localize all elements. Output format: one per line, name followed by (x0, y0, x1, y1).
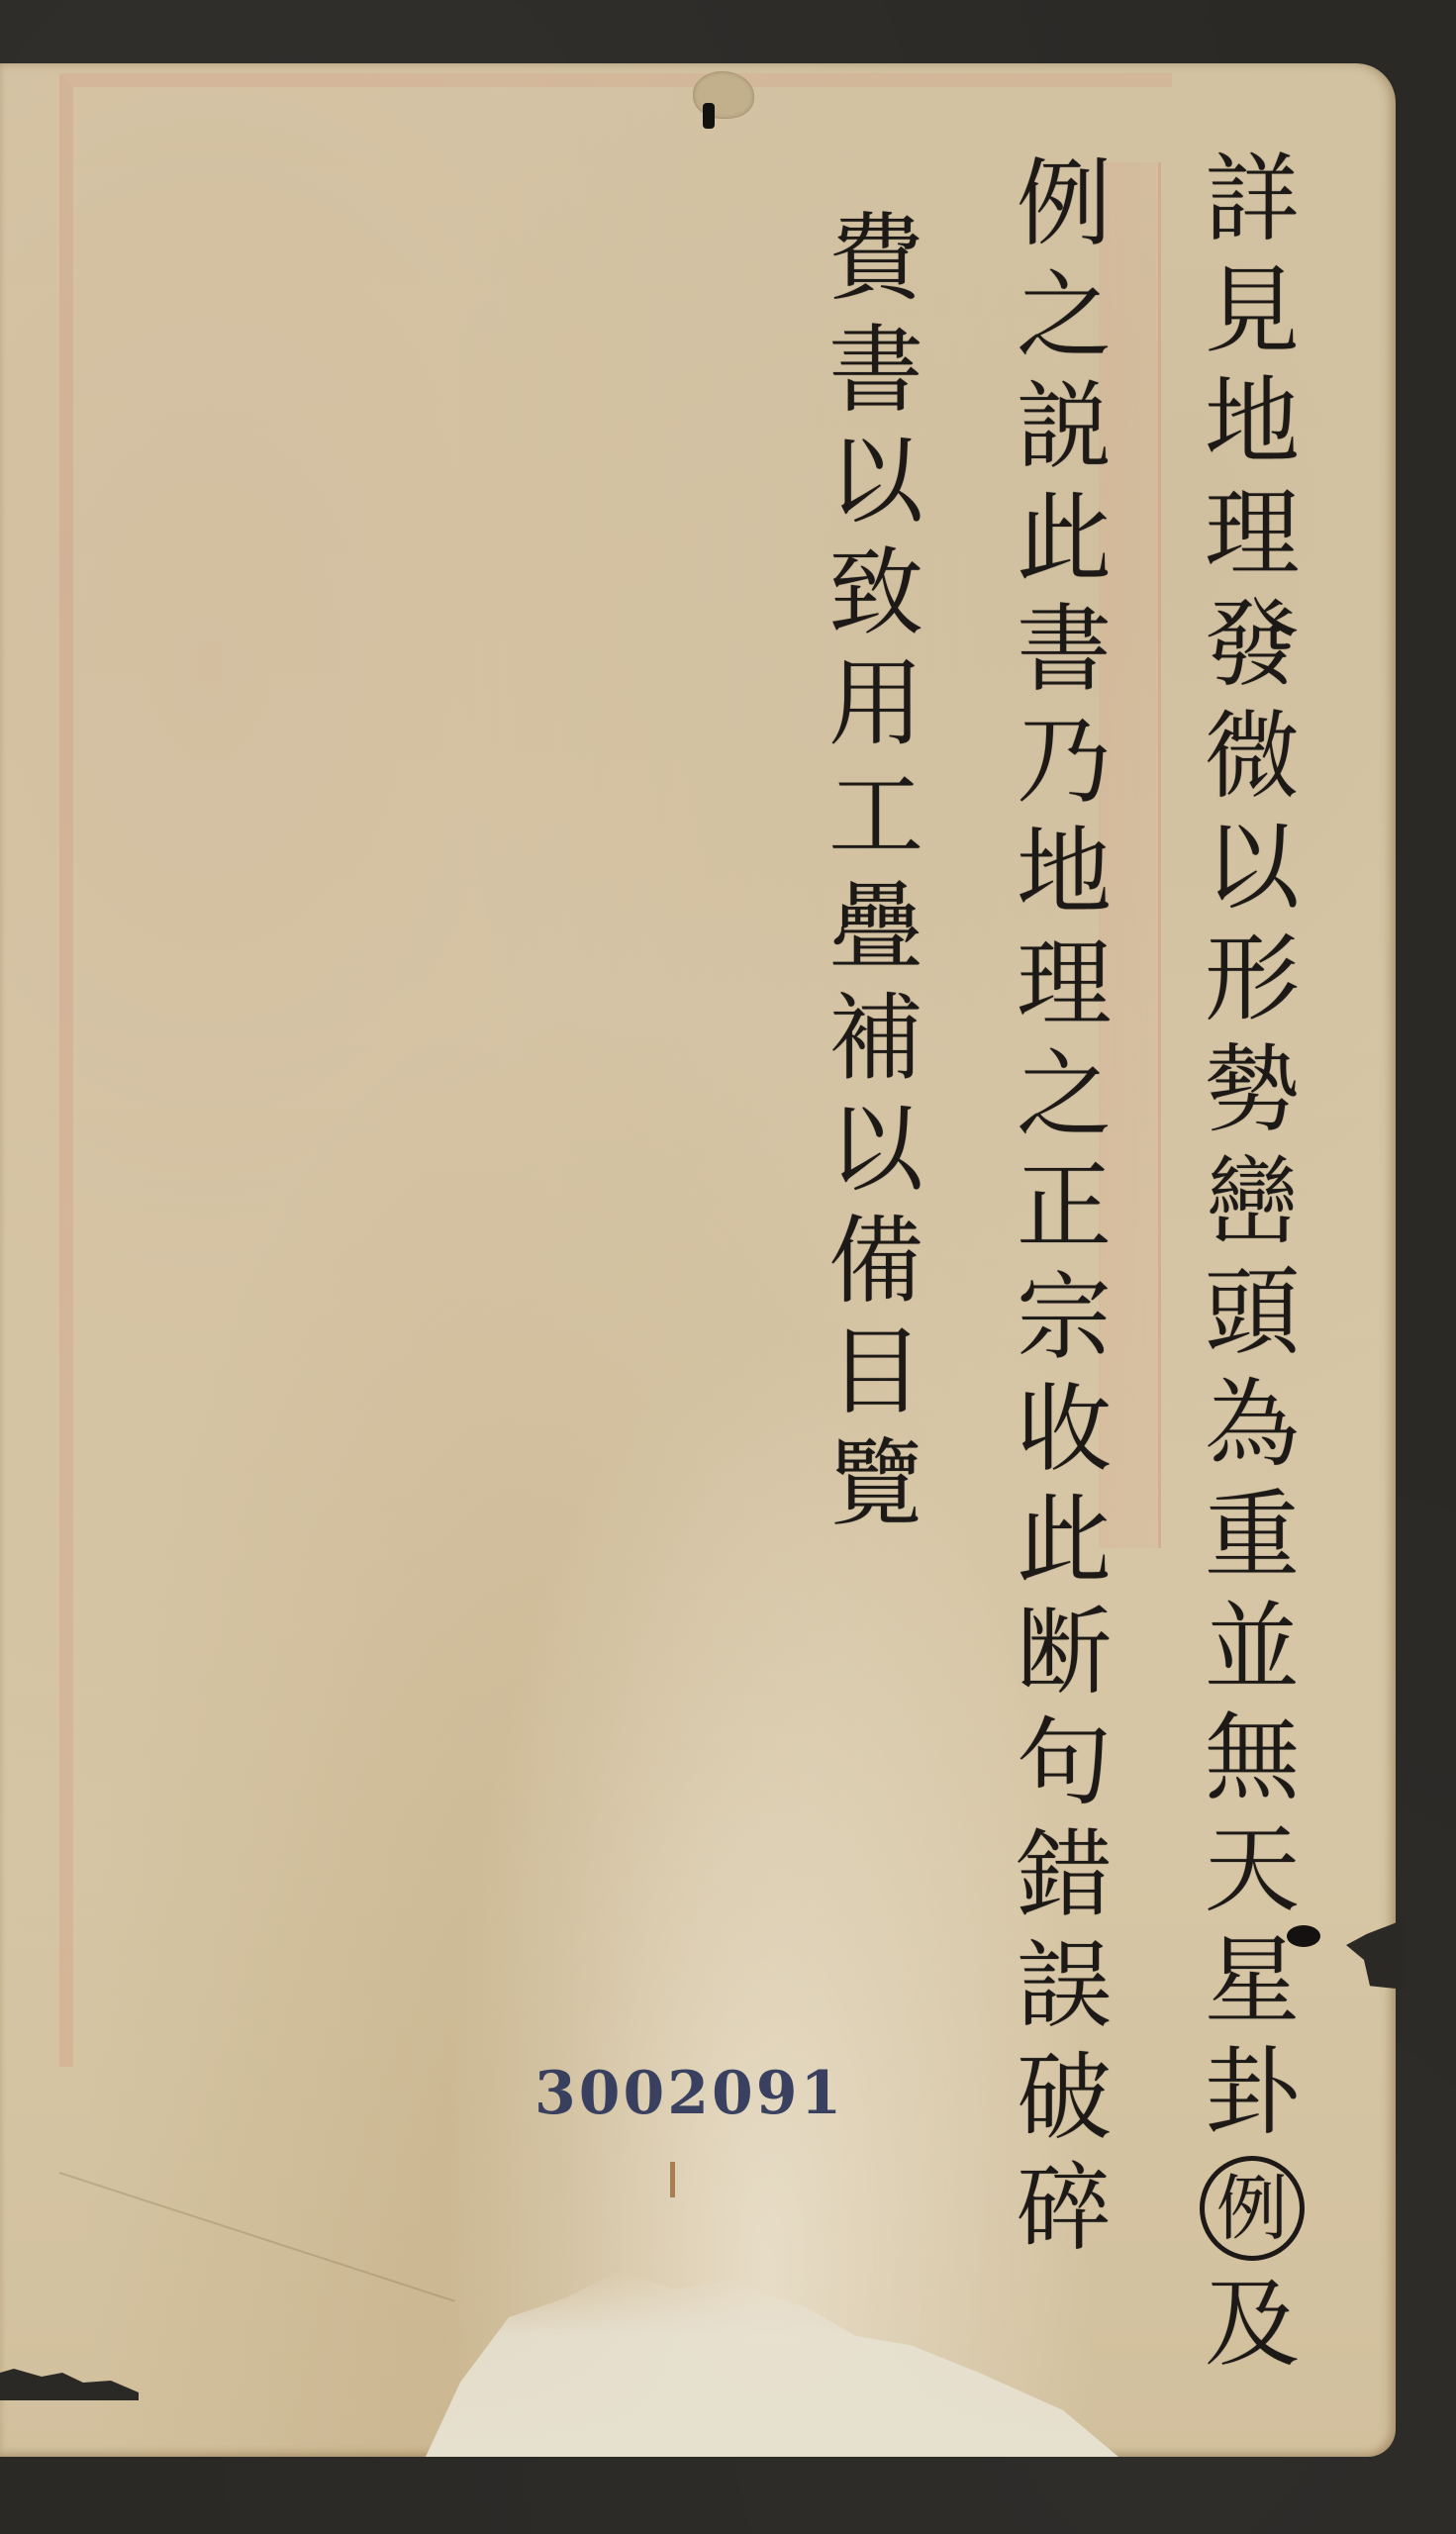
character: 以 (828, 1094, 923, 1206)
character: 發 (1205, 589, 1300, 701)
character: 星 (1205, 1925, 1300, 2037)
character: 地 (1017, 817, 1112, 928)
worn-paper-area (426, 2271, 1118, 2457)
character: 用 (828, 648, 923, 760)
text-column-2: 例 之 説 此 書 乃 地 理 之 正 宗 收 此 断 句 錯 誤 破 碎 (1000, 148, 1128, 2265)
paper-crease (59, 2172, 455, 2302)
character: 書 (828, 315, 923, 427)
character: 破 (1017, 2042, 1112, 2154)
character: 書 (1017, 594, 1112, 706)
character: 收 (1017, 1374, 1112, 1486)
character: 疊 (828, 871, 923, 983)
character: 形 (1205, 924, 1300, 1035)
character: 巒 (1205, 1146, 1300, 1258)
character: 説 (1017, 371, 1112, 483)
character: 卦 (1205, 2037, 1300, 2149)
library-accession-stamp: 3002091 (534, 2059, 844, 2128)
character: 地 (1205, 366, 1300, 478)
character: 重 (1205, 1480, 1300, 1592)
character: 及 (1205, 2269, 1300, 2381)
character: 費 (828, 203, 923, 315)
stain-mark (670, 2162, 675, 2197)
character: 並 (1205, 1592, 1300, 1704)
character: 詳 (1205, 144, 1300, 255)
character: 工 (828, 760, 923, 872)
character: 例 (1017, 148, 1112, 260)
circled-correction-character: 例 (1200, 2156, 1305, 2261)
character: 備 (828, 1206, 923, 1317)
character: 宗 (1017, 1262, 1112, 1374)
character: 覽 (828, 1428, 923, 1540)
text-column-1: 詳 見 地 理 發 微 以 形 勢 巒 頭 為 重 並 無 天 星 卦 例 及 (1188, 144, 1316, 2381)
character: 微 (1205, 701, 1300, 813)
character: 無 (1205, 1703, 1300, 1814)
character: 錯 (1017, 1819, 1112, 1931)
character: 為 (1205, 1369, 1300, 1481)
character: 理 (1017, 928, 1112, 1040)
character: 見 (1205, 255, 1300, 367)
character: 目 (828, 1316, 923, 1428)
character: 此 (1017, 483, 1112, 595)
character: 勢 (1205, 1034, 1300, 1146)
ink-blot (703, 103, 715, 129)
character: 補 (828, 983, 923, 1095)
character: 乃 (1017, 706, 1112, 818)
character: 之 (1017, 260, 1112, 372)
text-column-3: 費 書 以 致 用 工 疊 補 以 備 目 覽 (812, 203, 940, 1539)
character: 誤 (1017, 1930, 1112, 2042)
character: 以 (1205, 812, 1300, 924)
character: 頭 (1205, 1257, 1300, 1369)
character: 碎 (1017, 2153, 1112, 2265)
character: 此 (1017, 1485, 1112, 1597)
character: 致 (828, 537, 923, 649)
character: 句 (1017, 1707, 1112, 1819)
character: 天 (1205, 1814, 1300, 1926)
character: 之 (1017, 1039, 1112, 1151)
character: 正 (1017, 1151, 1112, 1263)
character: 理 (1205, 478, 1300, 590)
character: 断 (1017, 1597, 1112, 1708)
character: 以 (828, 426, 923, 537)
